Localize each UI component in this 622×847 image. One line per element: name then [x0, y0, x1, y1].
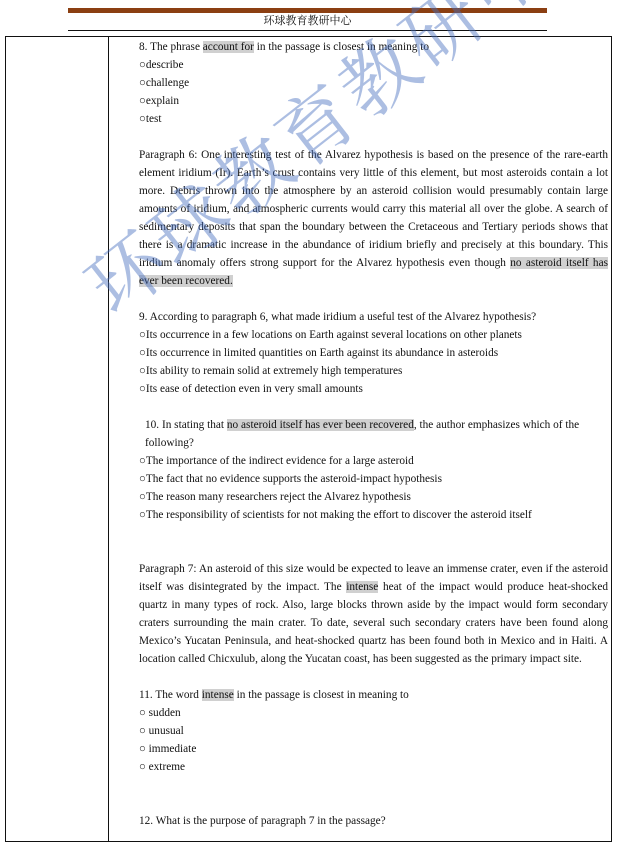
question-9-stem: 9. According to paragraph 6, what made i…: [139, 308, 608, 326]
q10-option-d[interactable]: ○The responsibility of scientists for no…: [139, 506, 608, 524]
question-11-stem: 11. The word intense in the passage is c…: [139, 686, 608, 704]
table-column-divider: [108, 36, 109, 842]
question-text: 10. In stating that: [145, 419, 227, 431]
q11-option-a[interactable]: ○ sudden: [139, 704, 608, 722]
question-10-stem: 10. In stating that no asteroid itself h…: [139, 416, 608, 452]
paragraph-text: heat of the impact would produce heat-sh…: [139, 581, 608, 665]
q11-option-d[interactable]: ○ extreme: [139, 758, 608, 776]
highlighted-word: intense: [202, 689, 234, 701]
paragraph-text: Paragraph 6: One interesting test of the…: [139, 149, 608, 269]
document-content: 8. The phrase account for in the passage…: [139, 38, 608, 830]
q10-option-a[interactable]: ○The importance of the indirect evidence…: [139, 452, 608, 470]
q10-option-b[interactable]: ○The fact that no evidence supports the …: [139, 470, 608, 488]
question-text: in the passage is closest in meaning to: [234, 689, 409, 701]
highlighted-word: intense: [346, 581, 378, 593]
q8-option-a[interactable]: ○describe: [139, 56, 608, 74]
page-header-title: 环球教育教研中心: [68, 13, 547, 29]
question-8-stem: 8. The phrase account for in the passage…: [139, 38, 608, 56]
paragraph-7: Paragraph 7: An asteroid of this size wo…: [139, 560, 608, 668]
q8-option-b[interactable]: ○challenge: [139, 74, 608, 92]
question-12-stem: 12. What is the purpose of paragraph 7 i…: [139, 812, 608, 830]
question-text: 11. The word: [139, 689, 202, 701]
q11-option-c[interactable]: ○ immediate: [139, 740, 608, 758]
question-text: in the passage is closest in meaning to: [254, 41, 429, 53]
header-divider: [68, 30, 547, 31]
q9-option-b[interactable]: ○Its occurrence in limited quantities on…: [139, 344, 608, 362]
q9-option-c[interactable]: ○Its ability to remain solid at extremel…: [139, 362, 608, 380]
q9-option-a[interactable]: ○Its occurrence in a few locations on Ea…: [139, 326, 608, 344]
highlighted-phrase: no asteroid itself has ever been recover…: [227, 419, 414, 431]
highlighted-phrase: account for: [203, 41, 254, 53]
q10-option-c[interactable]: ○The reason many researchers reject the …: [139, 488, 608, 506]
q11-option-b[interactable]: ○ unusual: [139, 722, 608, 740]
paragraph-6: Paragraph 6: One interesting test of the…: [139, 146, 608, 290]
question-text: 8. The phrase: [139, 41, 203, 53]
q8-option-d[interactable]: ○test: [139, 110, 608, 128]
q9-option-d[interactable]: ○Its ease of detection even in very smal…: [139, 380, 608, 398]
q8-option-c[interactable]: ○explain: [139, 92, 608, 110]
